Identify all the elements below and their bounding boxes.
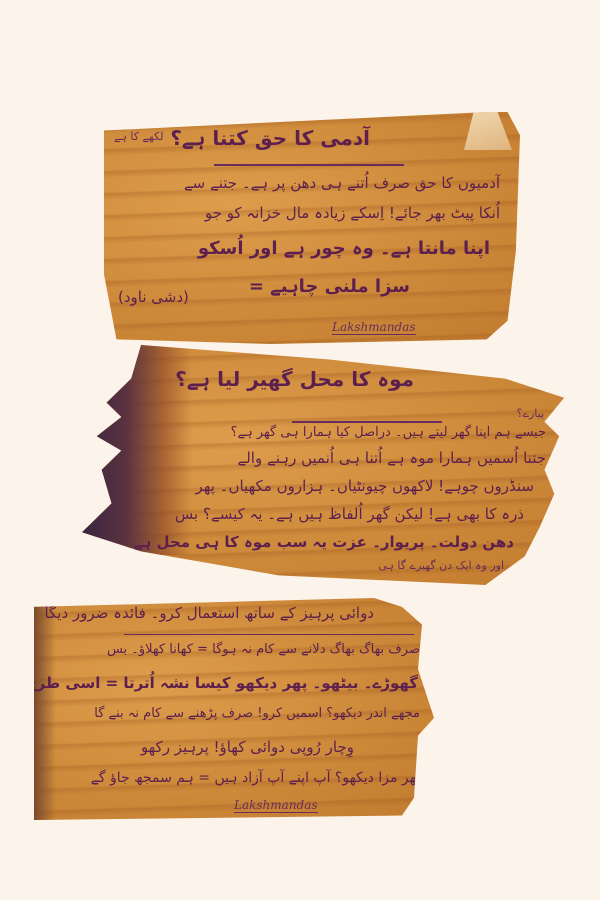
note-3-line-5: پھر مزا دیکھو؟ آپ اپنے آپ آزاد ہیں = ہم …: [91, 770, 420, 786]
note-2-line-4: سنڈروں چوہے! لاکھوں چیونٹیاں۔ ہزاروں مکھ…: [196, 477, 534, 495]
title-underline: [124, 634, 414, 635]
note-2-line-5: ذرہ کا بھی ہے! لیکن گھر اُلفاظ ہیں ہے۔ ی…: [175, 505, 524, 523]
dark-edge: [34, 598, 56, 820]
note-1-attribution: (دشی ناود): [118, 288, 189, 306]
folded-corner: [464, 112, 512, 150]
note-2-line-6: دھن دولت۔ پریوار۔ عزت یہ سب موہ کا ہی مح…: [134, 533, 514, 551]
note-3-line-2: گھوڑے۔ بیٹھو۔ پھر دیکھو کیسا نشہ اُترتا …: [26, 674, 418, 692]
bark-note-1: آدمی کا حق کتنا ہے؟ لکھے کا ہے آدمیوں کا…: [104, 112, 520, 344]
note-2-line-2: جیسے ہم اپنا گھر لیتے ہیں۔ دراصل کیا ہما…: [231, 425, 546, 440]
note-1-title: آدمی کا حق کتنا ہے؟: [170, 126, 370, 150]
note-2-line-1: پیارے؟: [517, 407, 544, 420]
bark-note-3: دوائی پرہیز کے ساتھ استعمال کرو۔ فائدہ ض…: [34, 598, 434, 820]
note-1-line-1: آدمیوں کا حق صرف اُتنے ہی دھن پر ہے۔ جتن…: [184, 174, 500, 192]
bark-note-2: موہ کا محل گھیر لیا ہے؟ پیارے؟ جیسے ہم ا…: [82, 345, 574, 585]
note-1-corner-note: لکھے کا ہے: [114, 130, 163, 143]
note-2-line-3: جتنا اُسمیں ہمارا موہ ہے اُتنا ہی اُنمیں…: [237, 449, 546, 467]
note-2-title: موہ کا محل گھیر لیا ہے؟: [175, 367, 414, 391]
note-3-line-4: وِچار رُوپی دوائی کھاؤ! پرہیز رکھو: [141, 738, 354, 756]
title-underline: [292, 421, 442, 423]
note-3-title: دوائی پرہیز کے ساتھ استعمال کرو۔ فائدہ ض…: [44, 604, 374, 622]
note-1-line-4: سزا ملنی چاہیے =: [249, 276, 410, 297]
note-1-signature: Lakshmandas: [332, 320, 416, 335]
note-1-line-2: اُنکا پیٹ بھر جائے! اِسکے زیادہ مال خزان…: [205, 204, 500, 222]
note-3-signature: Lakshmandas: [234, 798, 318, 813]
note-3-line-3: مجھے اندر دیکھو؟ اسمیں کرو! صرف پڑھنے سے…: [94, 706, 420, 721]
note-1-line-3: اپنا مانتا ہے۔ وہ چور ہے اور اُسکو: [198, 238, 490, 259]
note-3-line-1: صرف بھاگ بھاگ دلانے سے کام نہ ہوگا = کھا…: [107, 642, 420, 657]
note-2-line-7: اور وہ ایک دن گھیرے گا ہی: [378, 559, 504, 572]
title-underline: [214, 164, 404, 166]
